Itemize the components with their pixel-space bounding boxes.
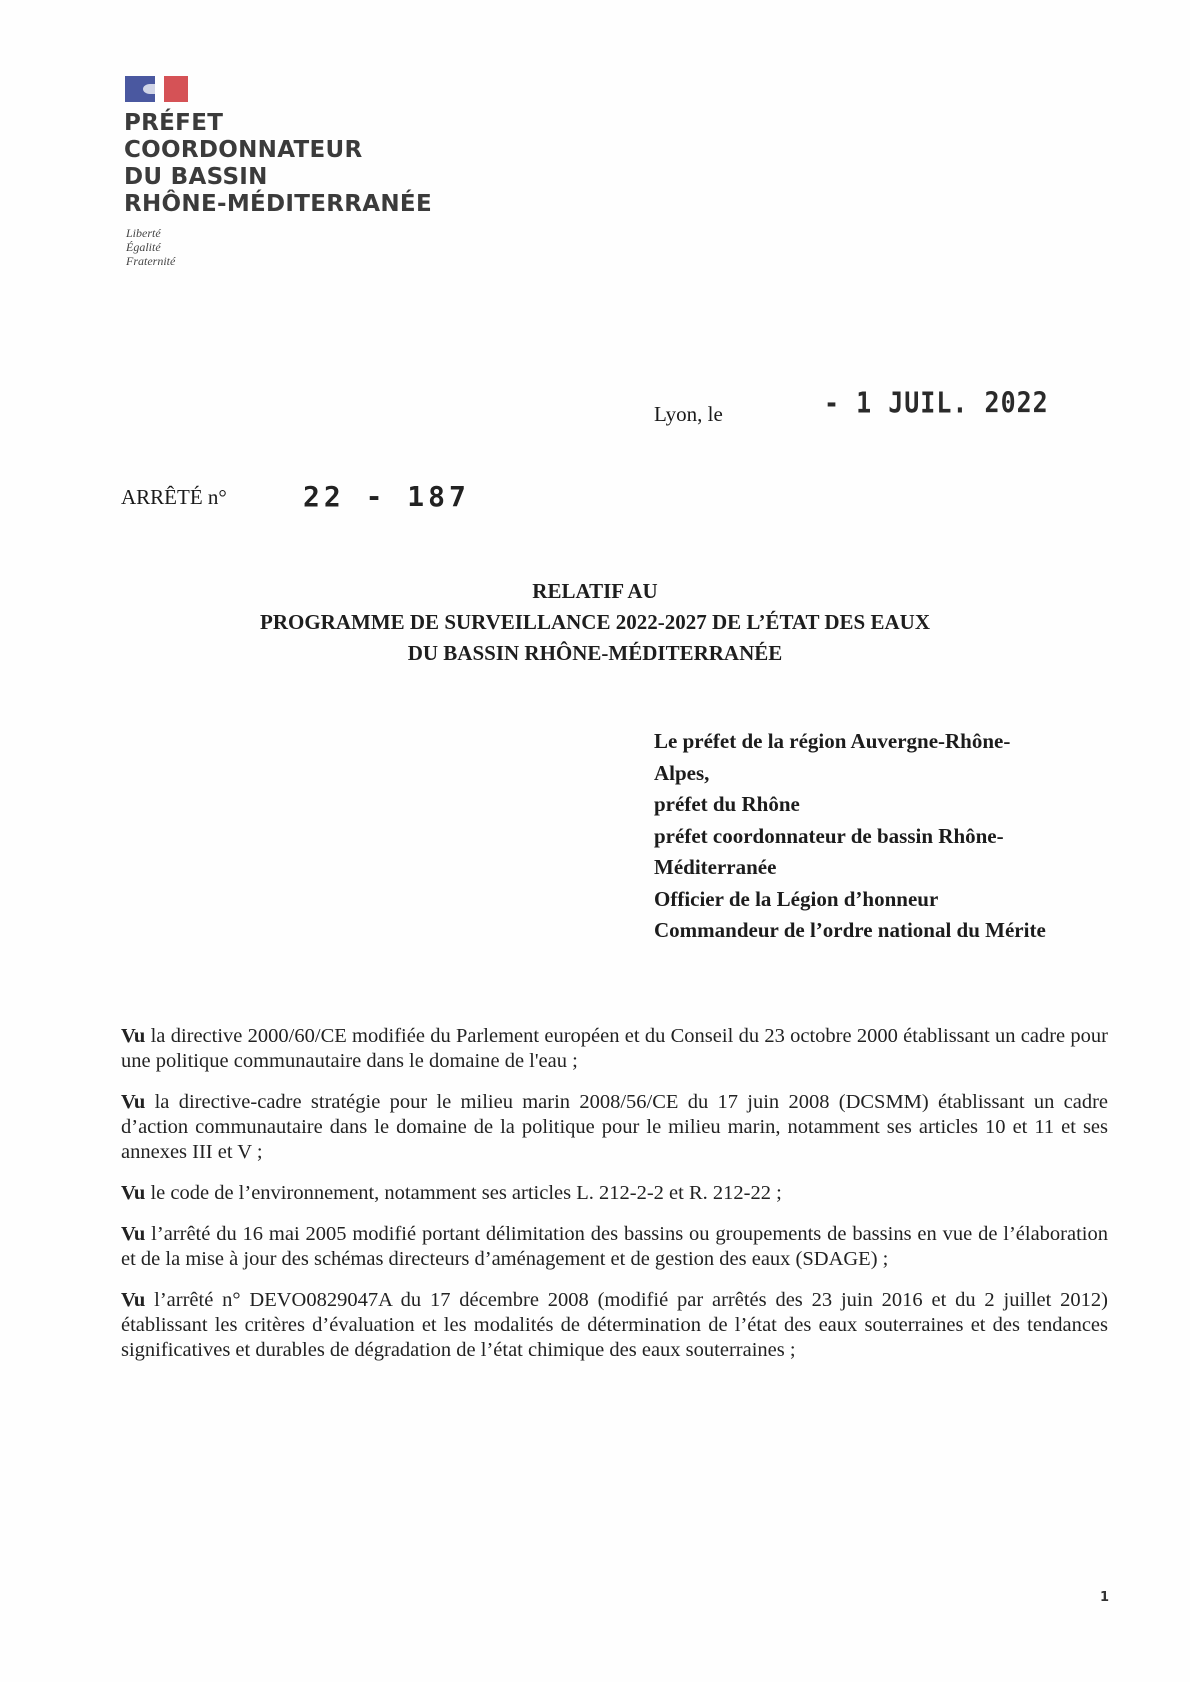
quality-line: Méditerranée	[654, 852, 1046, 884]
motto-line: Égalité	[126, 240, 175, 254]
place-label: Lyon, le	[654, 402, 723, 427]
quality-line: Alpes,	[654, 758, 1046, 790]
flag-blue-band	[125, 76, 155, 102]
visa-lead: Vu	[121, 1223, 145, 1245]
authority-line: DU BASSIN	[124, 164, 432, 191]
visa-text: la directive 2000/60/CE modifiée du Parl…	[121, 1025, 1108, 1072]
decree-title: RELATIF AU PROGRAMME DE SURVEILLANCE 202…	[0, 576, 1190, 669]
visa-lead: Vu	[121, 1289, 145, 1311]
quality-line: Le préfet de la région Auvergne-Rhône-	[654, 726, 1046, 758]
authority-line: PRÉFET	[124, 110, 432, 137]
motto-line: Fraternité	[126, 254, 175, 268]
visa-lead: Vu	[121, 1091, 145, 1113]
republic-motto: Liberté Égalité Fraternité	[126, 226, 175, 268]
authority-line: COORDONNATEUR	[124, 137, 432, 164]
title-line: PROGRAMME DE SURVEILLANCE 2022-2027 DE L…	[0, 607, 1190, 638]
visa-paragraph: Vu le code de l’environnement, notamment…	[121, 1181, 1108, 1206]
visas-section: Vu la directive 2000/60/CE modifiée du P…	[121, 1024, 1108, 1379]
date-stamp: - 1 JUIL. 2022	[824, 386, 1049, 419]
visa-text: le code de l’environnement, notamment se…	[145, 1182, 781, 1204]
quality-line: préfet du Rhône	[654, 789, 1046, 821]
visa-paragraph: Vu l’arrêté n° DEVO0829047A du 17 décemb…	[121, 1288, 1108, 1363]
visa-paragraph: Vu la directive-cadre stratégie pour le …	[121, 1090, 1108, 1165]
document-page: PRÉFET COORDONNATEUR DU BASSIN RHÔNE-MÉD…	[0, 0, 1190, 1682]
authority-title: PRÉFET COORDONNATEUR DU BASSIN RHÔNE-MÉD…	[124, 110, 432, 218]
visa-paragraph: Vu la directive 2000/60/CE modifiée du P…	[121, 1024, 1108, 1074]
flag-red-band	[164, 76, 188, 102]
page-number: 1	[1100, 1590, 1109, 1605]
prefect-qualities: Le préfet de la région Auvergne-Rhône- A…	[654, 726, 1046, 947]
arrete-number-stamp: 22 - 187	[303, 480, 470, 513]
authority-line: RHÔNE-MÉDITERRANÉE	[124, 191, 432, 218]
visa-text: la directive-cadre stratégie pour le mil…	[121, 1091, 1108, 1163]
marianne-logo-icon	[125, 76, 195, 102]
quality-line: Officier de la Légion d’honneur	[654, 884, 1046, 916]
visa-lead: Vu	[121, 1182, 145, 1204]
visa-paragraph: Vu l’arrêté du 16 mai 2005 modifié porta…	[121, 1222, 1108, 1272]
quality-line: préfet coordonnateur de bassin Rhône-	[654, 821, 1046, 853]
motto-line: Liberté	[126, 226, 175, 240]
title-line: DU BASSIN RHÔNE-MÉDITERRANÉE	[0, 638, 1190, 669]
title-line: RELATIF AU	[0, 576, 1190, 607]
visa-text: l’arrêté du 16 mai 2005 modifié portant …	[121, 1223, 1108, 1270]
visa-text: l’arrêté n° DEVO0829047A du 17 décembre …	[121, 1289, 1108, 1361]
arrete-label: ARRÊTÉ n°	[121, 485, 227, 510]
quality-line: Commandeur de l’ordre national du Mérite	[654, 915, 1046, 947]
visa-lead: Vu	[121, 1025, 145, 1047]
